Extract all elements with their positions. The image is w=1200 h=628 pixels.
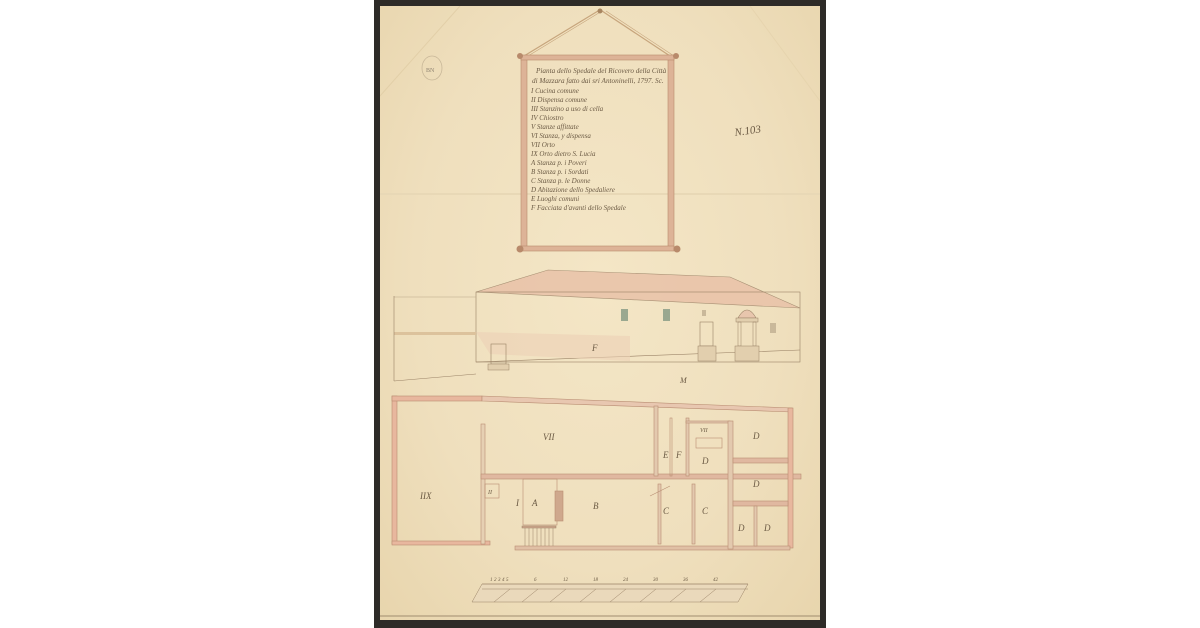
svg-text:VII: VII xyxy=(700,428,709,434)
svg-text:III Stanzino a uso di cella: III Stanzino a uso di cella xyxy=(530,105,604,113)
catalog-number: N.103 xyxy=(733,123,762,139)
svg-text:I Cucina comune: I Cucina comune xyxy=(530,87,579,95)
svg-text:D: D xyxy=(752,431,760,441)
svg-text:VII Orto: VII Orto xyxy=(531,141,555,149)
svg-text:I: I xyxy=(515,498,520,508)
elevation-drawing: F M xyxy=(394,270,800,385)
cartouche: Pianta dello Spedale del Ricovero della … xyxy=(517,9,681,253)
svg-text:F: F xyxy=(675,450,682,460)
elevation-mark: M xyxy=(679,376,688,385)
svg-text:D: D xyxy=(763,523,771,533)
svg-text:D: D xyxy=(752,479,760,489)
library-stamp: BN xyxy=(422,56,442,80)
stamp-text: BN xyxy=(426,68,435,74)
svg-text:IIX: IIX xyxy=(419,491,432,501)
svg-text:B Stanza p. i Sordati: B Stanza p. i Sordati xyxy=(531,168,589,176)
svg-text:18: 18 xyxy=(593,578,599,583)
svg-text:C: C xyxy=(663,506,670,516)
svg-text:36: 36 xyxy=(683,578,689,583)
svg-text:II Dispensa comune: II Dispensa comune xyxy=(530,96,587,104)
cartouche-title-line-2: di Mazzara fatto dai sri Antoninelli, 17… xyxy=(532,77,664,85)
svg-text:C: C xyxy=(702,506,709,516)
svg-text:VI Stanza, y dispensa: VI Stanza, y dispensa xyxy=(531,132,591,140)
svg-text:E Luoghi comuni: E Luoghi comuni xyxy=(530,195,579,203)
svg-text:E: E xyxy=(662,450,669,460)
svg-text:42: 42 xyxy=(713,578,719,583)
svg-text:VII: VII xyxy=(543,432,555,442)
svg-text:24: 24 xyxy=(623,578,629,583)
svg-text:D: D xyxy=(701,456,709,466)
drawing-sheet: BN N.103 Pianta dello Spedale del Ricove… xyxy=(380,6,820,620)
svg-text:II: II xyxy=(487,490,493,496)
svg-text:6: 6 xyxy=(534,578,537,583)
svg-text:IV Chiostro: IV Chiostro xyxy=(530,114,564,122)
svg-text:D Abitazione dello Spedaliere: D Abitazione dello Spedaliere xyxy=(530,186,615,194)
cartouche-title-line-1: Pianta dello Spedale del Ricovero della … xyxy=(535,67,667,75)
svg-text:12: 12 xyxy=(563,578,569,583)
legend-list: I Cucina comune II Dispensa comune III S… xyxy=(530,87,626,212)
svg-text:C Stanza p. le Donne: C Stanza p. le Donne xyxy=(531,177,590,185)
svg-text:5: 5 xyxy=(506,578,509,583)
svg-text:V Stanze affittate: V Stanze affittate xyxy=(531,123,579,131)
svg-text:30: 30 xyxy=(653,578,659,583)
room-labels: IIX VII II I A B E F VII D D D D C C D D xyxy=(419,428,771,533)
scale-bar xyxy=(380,584,820,616)
svg-text:B: B xyxy=(593,501,599,511)
svg-text:4: 4 xyxy=(502,578,505,583)
scale-bar-ticks: 1 2 3 4 5 6 12 18 24 30 36 42 xyxy=(490,578,719,583)
svg-text:A Stanza p. i Poveri: A Stanza p. i Poveri xyxy=(530,159,587,167)
svg-text:2: 2 xyxy=(494,578,497,583)
svg-text:3: 3 xyxy=(498,578,501,583)
svg-text:F Facciata d'avanti dello Sped: F Facciata d'avanti dello Spedale xyxy=(530,204,626,212)
svg-text:1: 1 xyxy=(490,578,493,583)
svg-text:IX Orto dietro S. Lucia: IX Orto dietro S. Lucia xyxy=(530,150,596,158)
elevation-label: F xyxy=(591,343,598,353)
svg-text:A: A xyxy=(531,498,538,508)
